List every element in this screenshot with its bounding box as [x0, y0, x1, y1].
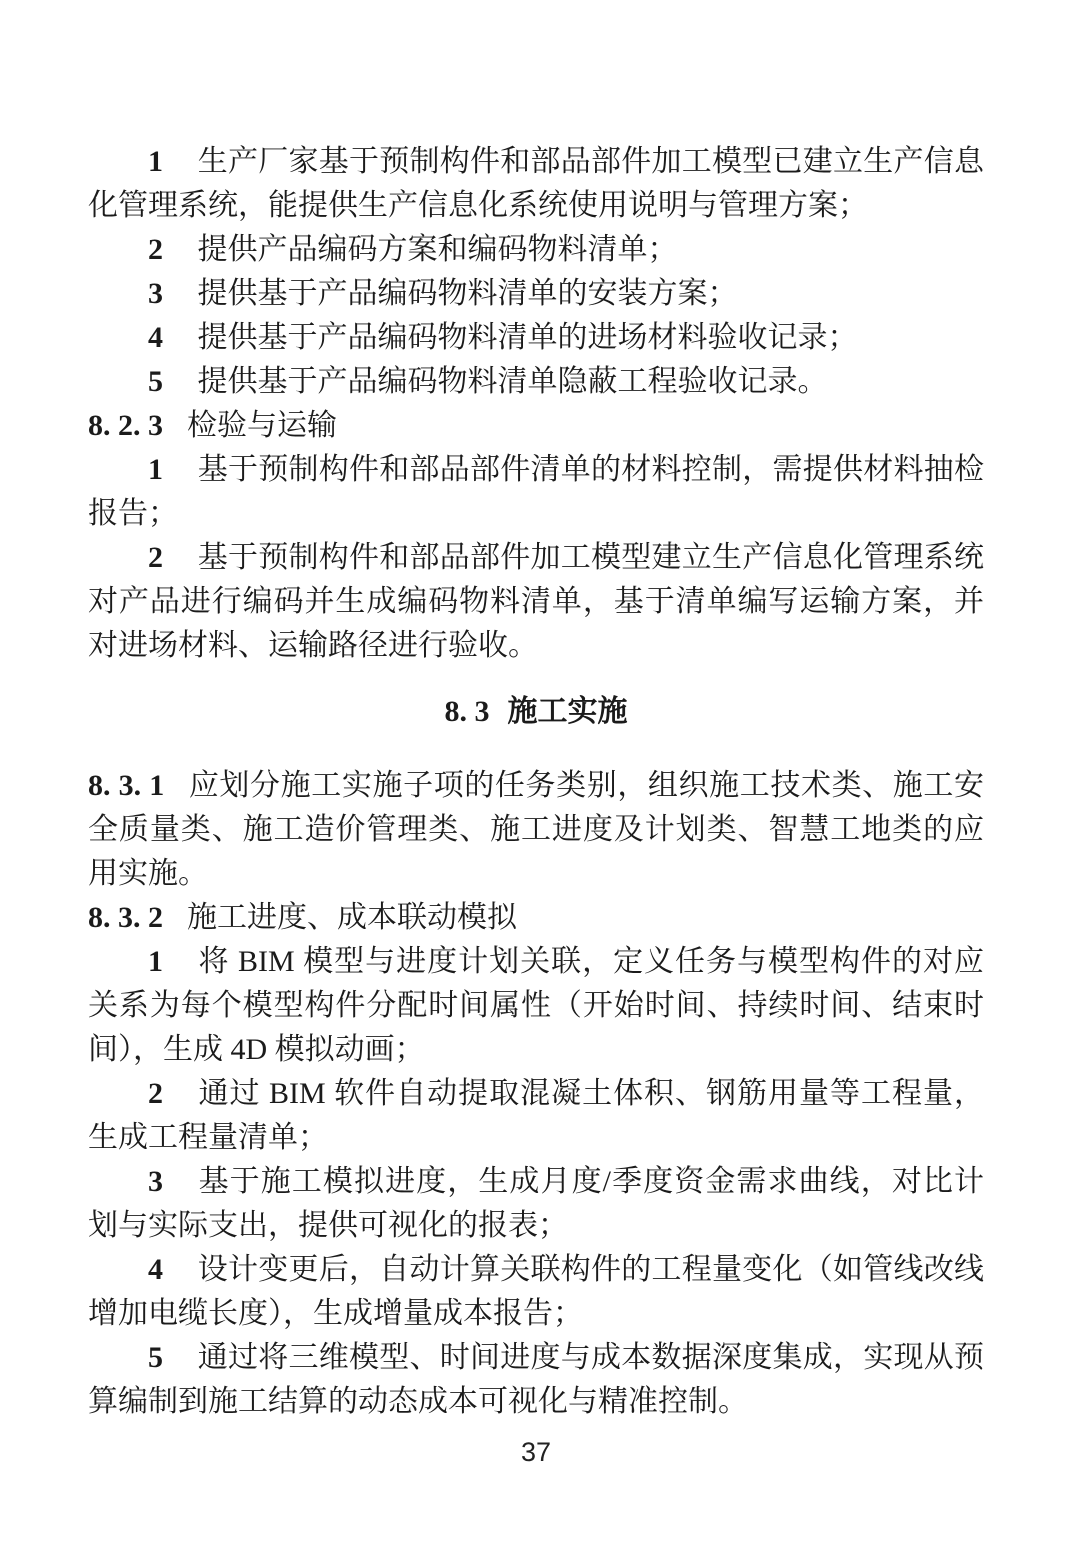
item-text: 提供基于产品编码物料清单的安装方案； [198, 277, 738, 310]
section-title: 施工实施 [508, 695, 628, 728]
item-text: 提供基于产品编码物料清单的进场材料验收记录； [198, 321, 858, 354]
numbered-item: 3提供基于产品编码物料清单的安装方案； [88, 272, 984, 316]
numbered-item: 4设计变更后，自动计算关联构件的工程量变化（如管线改线增加电缆长度），生成增量成… [88, 1248, 984, 1336]
item-number: 3 [148, 1165, 163, 1198]
item-number: 2 [148, 233, 163, 266]
numbered-item: 1将 BIM 模型与进度计划关联，定义任务与模型构件的对应关系为每个模型构件分配… [88, 940, 984, 1072]
numbered-item: 1生产厂家基于预制构件和部品部件加工模型已建立生产信息化管理系统，能提供生产信息… [88, 140, 984, 228]
item-text: 通过将三维模型、时间进度与成本数据深度集成，实现从预算编制到施工结算的动态成本可… [88, 1341, 984, 1418]
item-text: 基于预制构件和部品部件清单的材料控制，需提供材料抽检报告； [88, 453, 984, 530]
item-number: 5 [148, 1341, 163, 1374]
clause-number: 8. 2. 3 [88, 409, 163, 442]
item-number: 5 [148, 365, 163, 398]
numbered-item: 2通过 BIM 软件自动提取混凝土体积、钢筋用量等工程量，生成工程量清单； [88, 1072, 984, 1160]
item-number: 2 [148, 1077, 163, 1110]
clause-8-3-2: 8. 3. 2施工进度、成本联动模拟 [88, 896, 984, 940]
document-page: 1生产厂家基于预制构件和部品部件加工模型已建立生产信息化管理系统，能提供生产信息… [0, 0, 1080, 1565]
clause-text: 检验与运输 [187, 409, 337, 442]
item-text: 提供基于产品编码物料清单隐蔽工程验收记录。 [198, 365, 828, 398]
item-text: 生产厂家基于预制构件和部品部件加工模型已建立生产信息化管理系统，能提供生产信息化… [88, 145, 984, 222]
numbered-item: 5提供基于产品编码物料清单隐蔽工程验收记录。 [88, 360, 984, 404]
item-number: 1 [148, 945, 163, 978]
section-heading-8-3: 8. 3施工实施 [88, 690, 984, 734]
clause-8-3-1: 8. 3. 1应划分施工实施子项的任务类别，组织施工技术类、施工安全质量类、施工… [88, 764, 984, 896]
numbered-item: 1基于预制构件和部品部件清单的材料控制，需提供材料抽检报告； [88, 448, 984, 536]
clause-number: 8. 3. 2 [88, 901, 163, 934]
numbered-item: 3基于施工模拟进度，生成月度/季度资金需求曲线，对比计划与实际支出，提供可视化的… [88, 1160, 984, 1248]
item-number: 1 [148, 145, 163, 178]
item-text: 提供产品编码方案和编码物料清单； [198, 233, 678, 266]
item-text: 基于施工模拟进度，生成月度/季度资金需求曲线，对比计划与实际支出，提供可视化的报… [88, 1165, 984, 1242]
item-number: 2 [148, 541, 163, 574]
item-text: 基于预制构件和部品部件加工模型建立生产信息化管理系统对产品进行编码并生成编码物料… [88, 541, 984, 662]
item-number: 1 [148, 453, 163, 486]
item-text: 将 BIM 模型与进度计划关联，定义任务与模型构件的对应关系为每个模型构件分配时… [88, 945, 984, 1066]
item-number: 3 [148, 277, 163, 310]
clause-text: 施工进度、成本联动模拟 [187, 901, 517, 934]
page-number: 37 [88, 1430, 984, 1474]
numbered-item: 4提供基于产品编码物料清单的进场材料验收记录； [88, 316, 984, 360]
numbered-item: 5通过将三维模型、时间进度与成本数据深度集成，实现从预算编制到施工结算的动态成本… [88, 1336, 984, 1424]
item-text: 设计变更后，自动计算关联构件的工程量变化（如管线改线增加电缆长度），生成增量成本… [88, 1253, 984, 1330]
clause-number: 8. 3. 1 [88, 769, 164, 802]
item-number: 4 [148, 1253, 163, 1286]
clause-8-2-3: 8. 2. 3检验与运输 [88, 404, 984, 448]
item-number: 4 [148, 321, 163, 354]
clause-text: 应划分施工实施子项的任务类别，组织施工技术类、施工安全质量类、施工造价管理类、施… [88, 769, 984, 890]
item-text: 通过 BIM 软件自动提取混凝土体积、钢筋用量等工程量，生成工程量清单； [88, 1077, 984, 1154]
numbered-item: 2提供产品编码方案和编码物料清单； [88, 228, 984, 272]
section-number: 8. 3 [445, 695, 490, 728]
numbered-item: 2基于预制构件和部品部件加工模型建立生产信息化管理系统对产品进行编码并生成编码物… [88, 536, 984, 668]
